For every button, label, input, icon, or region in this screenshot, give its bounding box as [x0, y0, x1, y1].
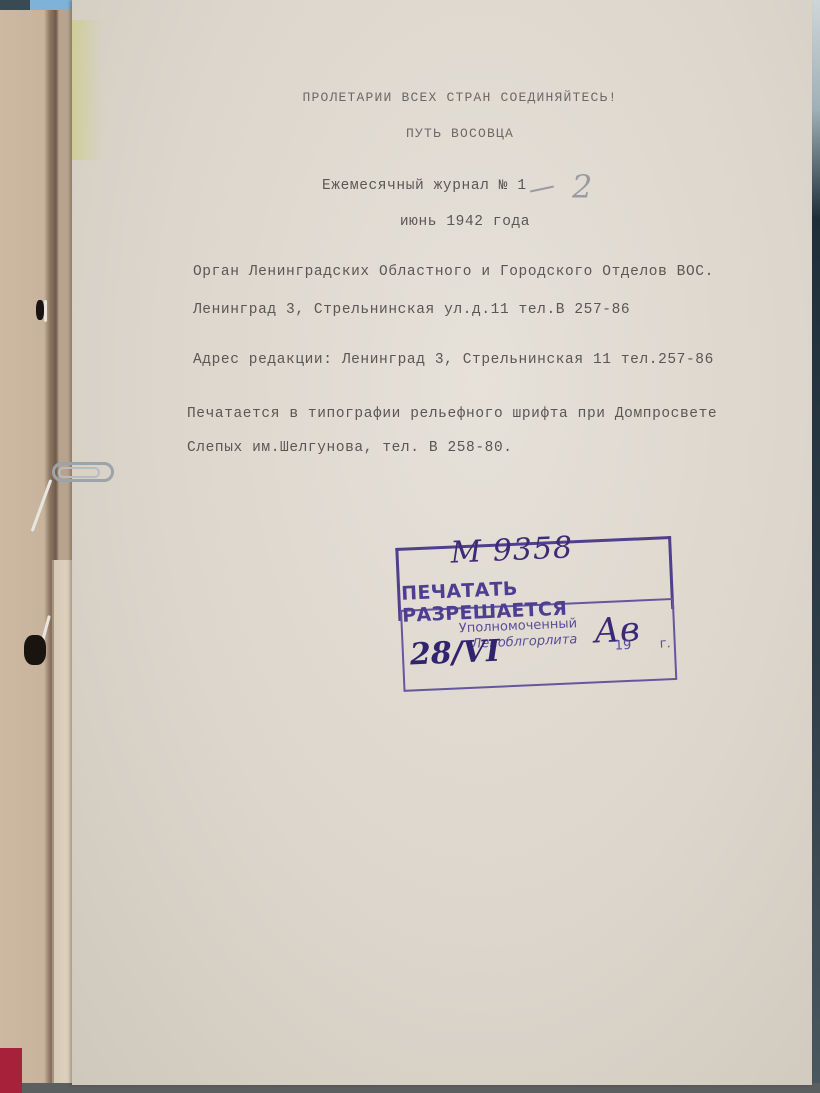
issue-date: июнь 1942 года: [320, 214, 610, 230]
issue-number-handwritten: 2: [572, 168, 592, 206]
stamp-year-suffix: г.: [659, 636, 671, 651]
binding-string: [44, 300, 47, 322]
organ-line: Орган Ленинградских Областного и Городск…: [193, 264, 714, 280]
journal-title: ПУТЬ ВОСОВЦА: [260, 126, 660, 141]
stamp-year: 19: [614, 638, 631, 654]
issue-line: Ежемесячный журнал № 1: [322, 178, 527, 194]
paperclip-inner: [58, 467, 100, 478]
censorship-stamp: М 9358 ПЕЧАТАТЬ РАЗРЕШАЕТСЯ Уполномоченн…: [395, 526, 676, 688]
paper-stain: [72, 20, 102, 160]
printing-line-2: Слепых им.Шелгунова, тел. В 258-80.: [187, 440, 513, 456]
stamp-number: М 9358: [450, 530, 574, 570]
stamp-date: 28/VI: [409, 634, 500, 673]
issue-label: Ежемесячный журнал №: [322, 178, 508, 194]
binding-hole: [36, 300, 44, 320]
printing-line-1: Печатается в типографии рельефного шрифт…: [187, 406, 717, 422]
slogan: ПРОЛЕТАРИИ ВСЕХ СТРАН СОЕДИНЯЙТЕСЬ!: [260, 90, 660, 105]
editorial-address: Адрес редакции: Ленинград 3, Стрельнинск…: [193, 352, 714, 368]
issue-number-typed: 1: [517, 178, 526, 194]
address-line: Ленинград 3, Стрельнинская ул.д.11 тел.В…: [193, 302, 630, 318]
binding-hole: [24, 635, 46, 665]
background-red-object: [0, 1048, 22, 1093]
